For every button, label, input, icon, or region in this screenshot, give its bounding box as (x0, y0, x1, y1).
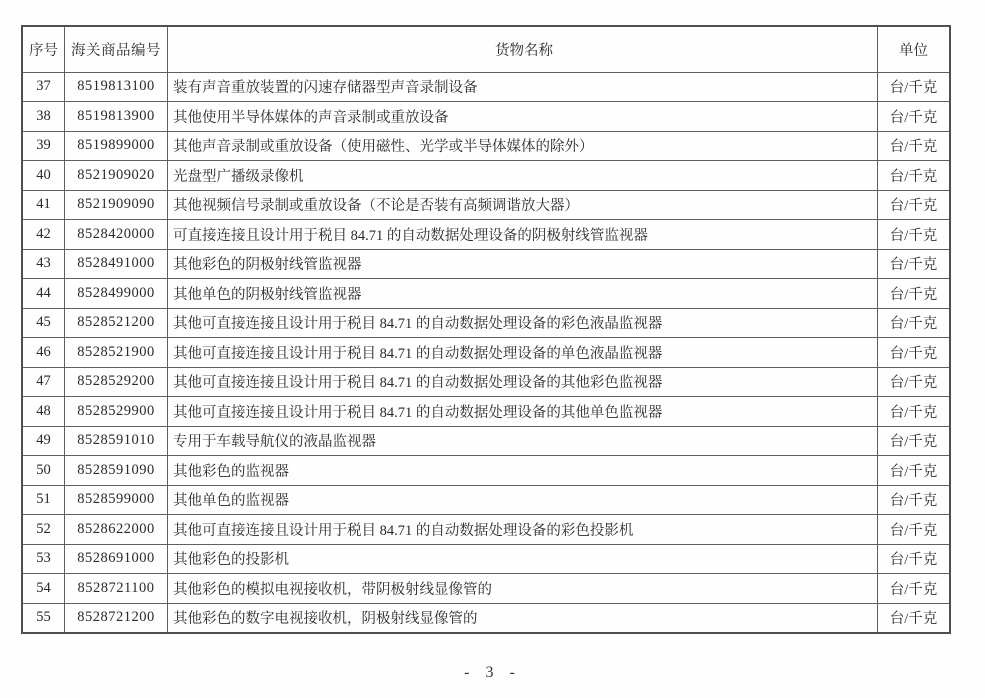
header-customs-code: 海关商品编号 (65, 26, 168, 72)
serial-number-cell: 45 (22, 308, 65, 338)
commodity-table: 序号 海关商品编号 货物名称 单位 37 8519813100 装有声音重放装置… (21, 25, 951, 634)
customs-code-cell: 8528691000 (65, 544, 168, 574)
table-row: 47 8528529200 其他可直接连接且设计用于税目 84.71 的自动数据… (22, 367, 950, 397)
customs-code-cell: 8528591090 (65, 456, 168, 486)
serial-number-cell: 53 (22, 544, 65, 574)
serial-number-cell: 40 (22, 161, 65, 191)
customs-code-cell: 8528491000 (65, 249, 168, 279)
goods-name-cell: 其他可直接连接且设计用于税目 84.71 的自动数据处理设备的单色液晶监视器 (168, 338, 878, 368)
unit-cell: 台/千克 (878, 161, 951, 191)
table-row: 54 8528721100 其他彩色的模拟电视接收机，带阴极射线显像管的 台/千… (22, 574, 950, 604)
unit-cell: 台/千克 (878, 367, 951, 397)
customs-code-cell: 8528529900 (65, 397, 168, 427)
table-row: 43 8528491000 其他彩色的阴极射线管监视器 台/千克 (22, 249, 950, 279)
unit-cell: 台/千克 (878, 603, 951, 633)
table-row: 45 8528521200 其他可直接连接且设计用于税目 84.71 的自动数据… (22, 308, 950, 338)
unit-cell: 台/千克 (878, 544, 951, 574)
unit-cell: 台/千克 (878, 397, 951, 427)
table-header-row: 序号 海关商品编号 货物名称 单位 (22, 26, 950, 72)
goods-name-cell: 其他彩色的投影机 (168, 544, 878, 574)
customs-code-cell: 8528521900 (65, 338, 168, 368)
serial-number-cell: 42 (22, 220, 65, 250)
serial-number-cell: 47 (22, 367, 65, 397)
table-row: 44 8528499000 其他单色的阴极射线管监视器 台/千克 (22, 279, 950, 309)
header-unit: 单位 (878, 26, 951, 72)
unit-cell: 台/千克 (878, 456, 951, 486)
table-row: 41 8521909090 其他视频信号录制或重放设备（不论是否装有高频调谐放大… (22, 190, 950, 220)
goods-name-cell: 其他可直接连接且设计用于税目 84.71 的自动数据处理设备的彩色投影机 (168, 515, 878, 545)
goods-name-cell: 其他可直接连接且设计用于税目 84.71 的自动数据处理设备的其他彩色监视器 (168, 367, 878, 397)
goods-name-cell: 装有声音重放装置的闪速存储器型声音录制设备 (168, 72, 878, 102)
goods-name-cell: 其他单色的监视器 (168, 485, 878, 515)
customs-code-cell: 8519813900 (65, 102, 168, 132)
unit-cell: 台/千克 (878, 485, 951, 515)
serial-number-cell: 39 (22, 131, 65, 161)
serial-number-cell: 38 (22, 102, 65, 132)
table-row: 37 8519813100 装有声音重放装置的闪速存储器型声音录制设备 台/千克 (22, 72, 950, 102)
table-row: 48 8528529900 其他可直接连接且设计用于税目 84.71 的自动数据… (22, 397, 950, 427)
table-row: 53 8528691000 其他彩色的投影机 台/千克 (22, 544, 950, 574)
unit-cell: 台/千克 (878, 279, 951, 309)
header-goods-name: 货物名称 (168, 26, 878, 72)
goods-name-cell: 其他可直接连接且设计用于税目 84.71 的自动数据处理设备的彩色液晶监视器 (168, 308, 878, 338)
customs-code-cell: 8528499000 (65, 279, 168, 309)
header-serial-number: 序号 (22, 26, 65, 72)
table-row: 38 8519813900 其他使用半导体媒体的声音录制或重放设备 台/千克 (22, 102, 950, 132)
unit-cell: 台/千克 (878, 515, 951, 545)
document-page: 序号 海关商品编号 货物名称 单位 37 8519813100 装有声音重放装置… (0, 0, 985, 698)
serial-number-cell: 43 (22, 249, 65, 279)
serial-number-cell: 48 (22, 397, 65, 427)
customs-code-cell: 8521909090 (65, 190, 168, 220)
table-row: 49 8528591010 专用于车载导航仪的液晶监视器 台/千克 (22, 426, 950, 456)
goods-name-cell: 其他彩色的模拟电视接收机，带阴极射线显像管的 (168, 574, 878, 604)
goods-name-cell: 其他单色的阴极射线管监视器 (168, 279, 878, 309)
table-row: 50 8528591090 其他彩色的监视器 台/千克 (22, 456, 950, 486)
unit-cell: 台/千克 (878, 249, 951, 279)
unit-cell: 台/千克 (878, 426, 951, 456)
table-row: 55 8528721200 其他彩色的数字电视接收机，阴极射线显像管的 台/千克 (22, 603, 950, 633)
unit-cell: 台/千克 (878, 102, 951, 132)
goods-name-cell: 其他声音录制或重放设备（使用磁性、光学或半导体媒体的除外） (168, 131, 878, 161)
table-row: 40 8521909020 光盘型广播级录像机 台/千克 (22, 161, 950, 191)
goods-name-cell: 其他彩色的监视器 (168, 456, 878, 486)
unit-cell: 台/千克 (878, 220, 951, 250)
customs-code-cell: 8528521200 (65, 308, 168, 338)
customs-code-cell: 8528529200 (65, 367, 168, 397)
goods-name-cell: 其他彩色的数字电视接收机，阴极射线显像管的 (168, 603, 878, 633)
serial-number-cell: 52 (22, 515, 65, 545)
unit-cell: 台/千克 (878, 72, 951, 102)
table-row: 42 8528420000 可直接连接且设计用于税目 84.71 的自动数据处理… (22, 220, 950, 250)
customs-code-cell: 8528420000 (65, 220, 168, 250)
unit-cell: 台/千克 (878, 308, 951, 338)
customs-code-cell: 8528599000 (65, 485, 168, 515)
customs-code-cell: 8528721100 (65, 574, 168, 604)
customs-code-cell: 8528591010 (65, 426, 168, 456)
goods-name-cell: 其他使用半导体媒体的声音录制或重放设备 (168, 102, 878, 132)
serial-number-cell: 51 (22, 485, 65, 515)
unit-cell: 台/千克 (878, 190, 951, 220)
table-row: 46 8528521900 其他可直接连接且设计用于税目 84.71 的自动数据… (22, 338, 950, 368)
serial-number-cell: 50 (22, 456, 65, 486)
unit-cell: 台/千克 (878, 338, 951, 368)
customs-code-cell: 8519813100 (65, 72, 168, 102)
table-row: 51 8528599000 其他单色的监视器 台/千克 (22, 485, 950, 515)
table-row: 52 8528622000 其他可直接连接且设计用于税目 84.71 的自动数据… (22, 515, 950, 545)
page-number: - 3 - (0, 664, 985, 682)
table-row: 39 8519899000 其他声音录制或重放设备（使用磁性、光学或半导体媒体的… (22, 131, 950, 161)
serial-number-cell: 46 (22, 338, 65, 368)
customs-code-cell: 8528721200 (65, 603, 168, 633)
goods-name-cell: 光盘型广播级录像机 (168, 161, 878, 191)
unit-cell: 台/千克 (878, 131, 951, 161)
goods-name-cell: 其他视频信号录制或重放设备（不论是否装有高频调谐放大器） (168, 190, 878, 220)
serial-number-cell: 54 (22, 574, 65, 604)
customs-code-cell: 8519899000 (65, 131, 168, 161)
serial-number-cell: 49 (22, 426, 65, 456)
unit-cell: 台/千克 (878, 574, 951, 604)
goods-name-cell: 专用于车载导航仪的液晶监视器 (168, 426, 878, 456)
goods-name-cell: 其他可直接连接且设计用于税目 84.71 的自动数据处理设备的其他单色监视器 (168, 397, 878, 427)
serial-number-cell: 44 (22, 279, 65, 309)
serial-number-cell: 37 (22, 72, 65, 102)
goods-name-cell: 可直接连接且设计用于税目 84.71 的自动数据处理设备的阴极射线管监视器 (168, 220, 878, 250)
customs-code-cell: 8521909020 (65, 161, 168, 191)
customs-code-cell: 8528622000 (65, 515, 168, 545)
serial-number-cell: 41 (22, 190, 65, 220)
goods-name-cell: 其他彩色的阴极射线管监视器 (168, 249, 878, 279)
serial-number-cell: 55 (22, 603, 65, 633)
